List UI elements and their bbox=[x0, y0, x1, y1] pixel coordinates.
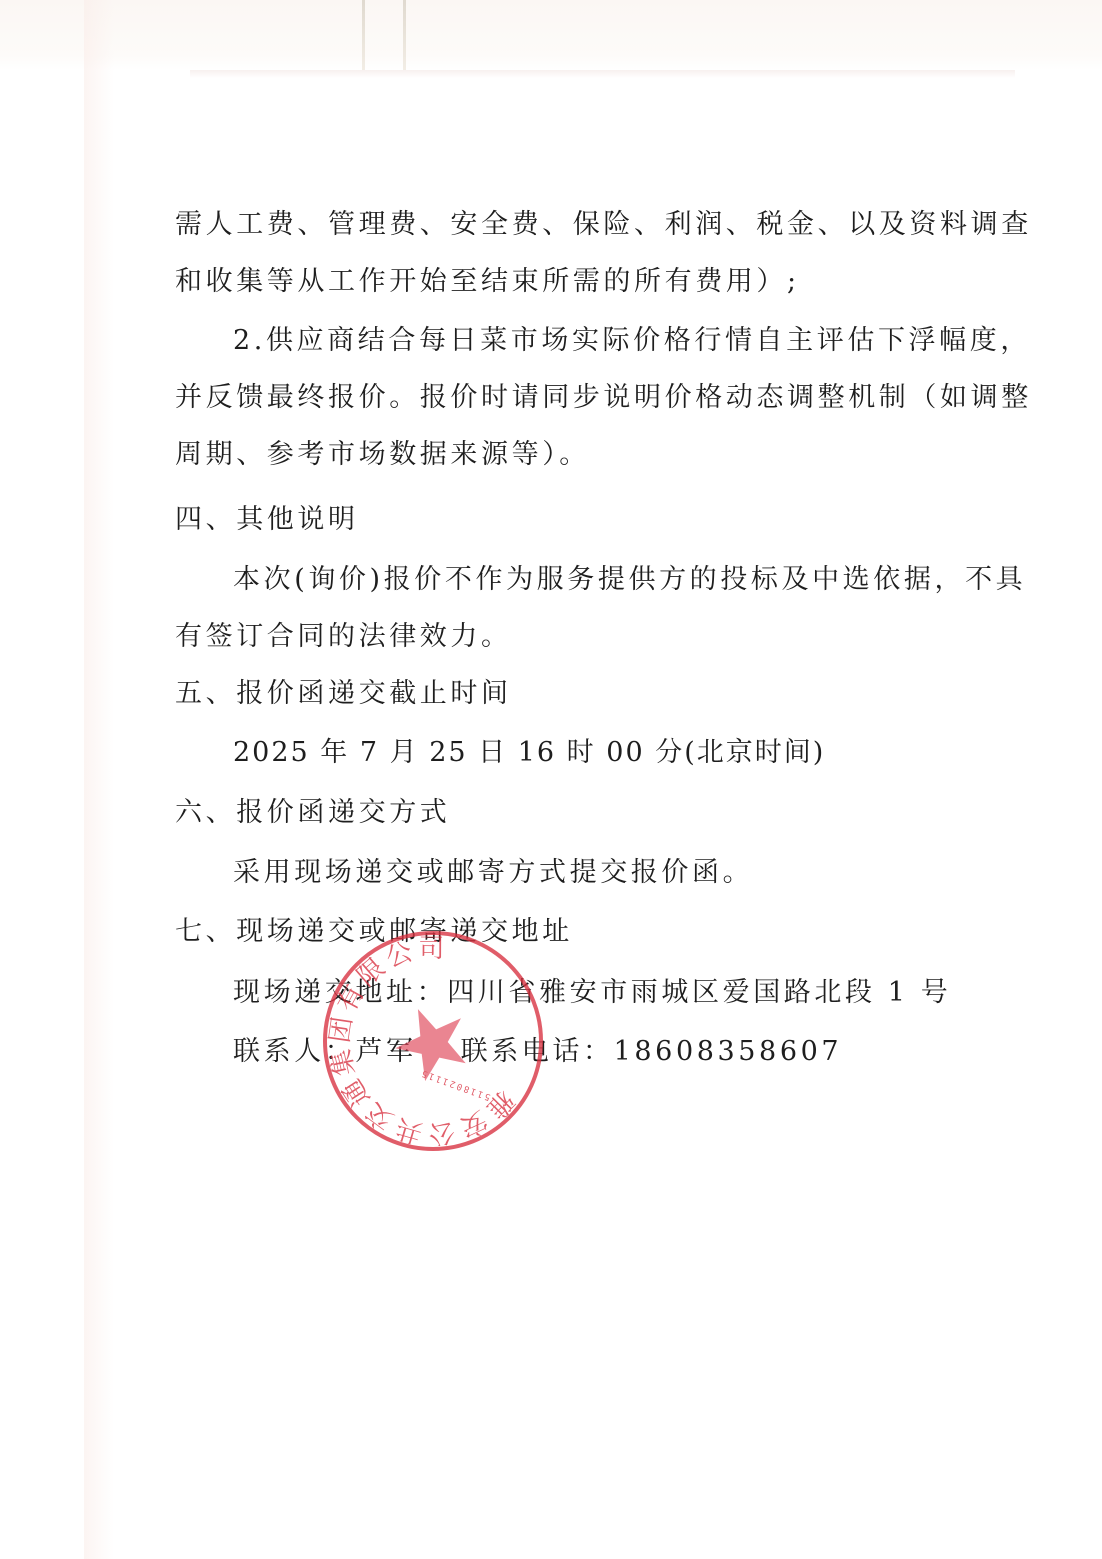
svg-text:5118021115: 5118021115 bbox=[419, 1067, 492, 1102]
address-line: 现场递交地址：四川省雅安市雨城区爱国路北段 1 号 bbox=[233, 976, 951, 1010]
document-page: 需人工费、管理费、安全费、保险、利润、税金、以及资料调查 和收集等从工作开始至结… bbox=[0, 0, 1102, 1559]
submission-deadline: 2025 年 7 月 25 日 16 时 00 分(北京时间) bbox=[233, 736, 825, 770]
contact-label: 联系人： bbox=[233, 1036, 355, 1067]
address-value: 四川省雅安市雨城区爱国路北段 1 号 bbox=[447, 977, 951, 1008]
address-label: 现场递交地址： bbox=[233, 977, 447, 1008]
section-four-body-line-1: 本次(询价)报价不作为服务提供方的投标及中选依据，不具 bbox=[233, 563, 1026, 597]
item-2-line-2: 并反馈最终报价。报价时请同步说明价格动态调整机制（如调整 bbox=[175, 381, 1032, 415]
section-five-heading: 五、报价函递交截止时间 bbox=[175, 677, 512, 711]
item-2-line-1: 2.供应商结合每日菜市场实际价格行情自主评估下浮幅度， bbox=[233, 324, 1031, 358]
paragraph-cost-continued-line-2: 和收集等从工作开始至结束所需的所有费用）; bbox=[175, 265, 800, 299]
section-four-body-line-2: 有签订合同的法律效力。 bbox=[175, 620, 512, 654]
phone-label: 联系电话： bbox=[461, 1036, 614, 1067]
section-four-heading: 四、其他说明 bbox=[175, 503, 359, 537]
contact-name: 芦军 bbox=[355, 1036, 416, 1067]
section-six-body: 采用现场递交或邮寄方式提交报价函。 bbox=[233, 856, 753, 890]
item-2-line-3: 周期、参考市场数据来源等）。 bbox=[175, 438, 590, 472]
phone-value: 18608358607 bbox=[614, 1036, 843, 1067]
paragraph-cost-continued-line-1: 需人工费、管理费、安全费、保险、利润、税金、以及资料调查 bbox=[175, 208, 1032, 242]
section-six-heading: 六、报价函递交方式 bbox=[175, 796, 450, 830]
section-seven-heading: 七、现场递交或邮寄递交地址 bbox=[175, 915, 573, 949]
contact-line: 联系人：芦军联系电话：18608358607 bbox=[233, 1035, 842, 1069]
